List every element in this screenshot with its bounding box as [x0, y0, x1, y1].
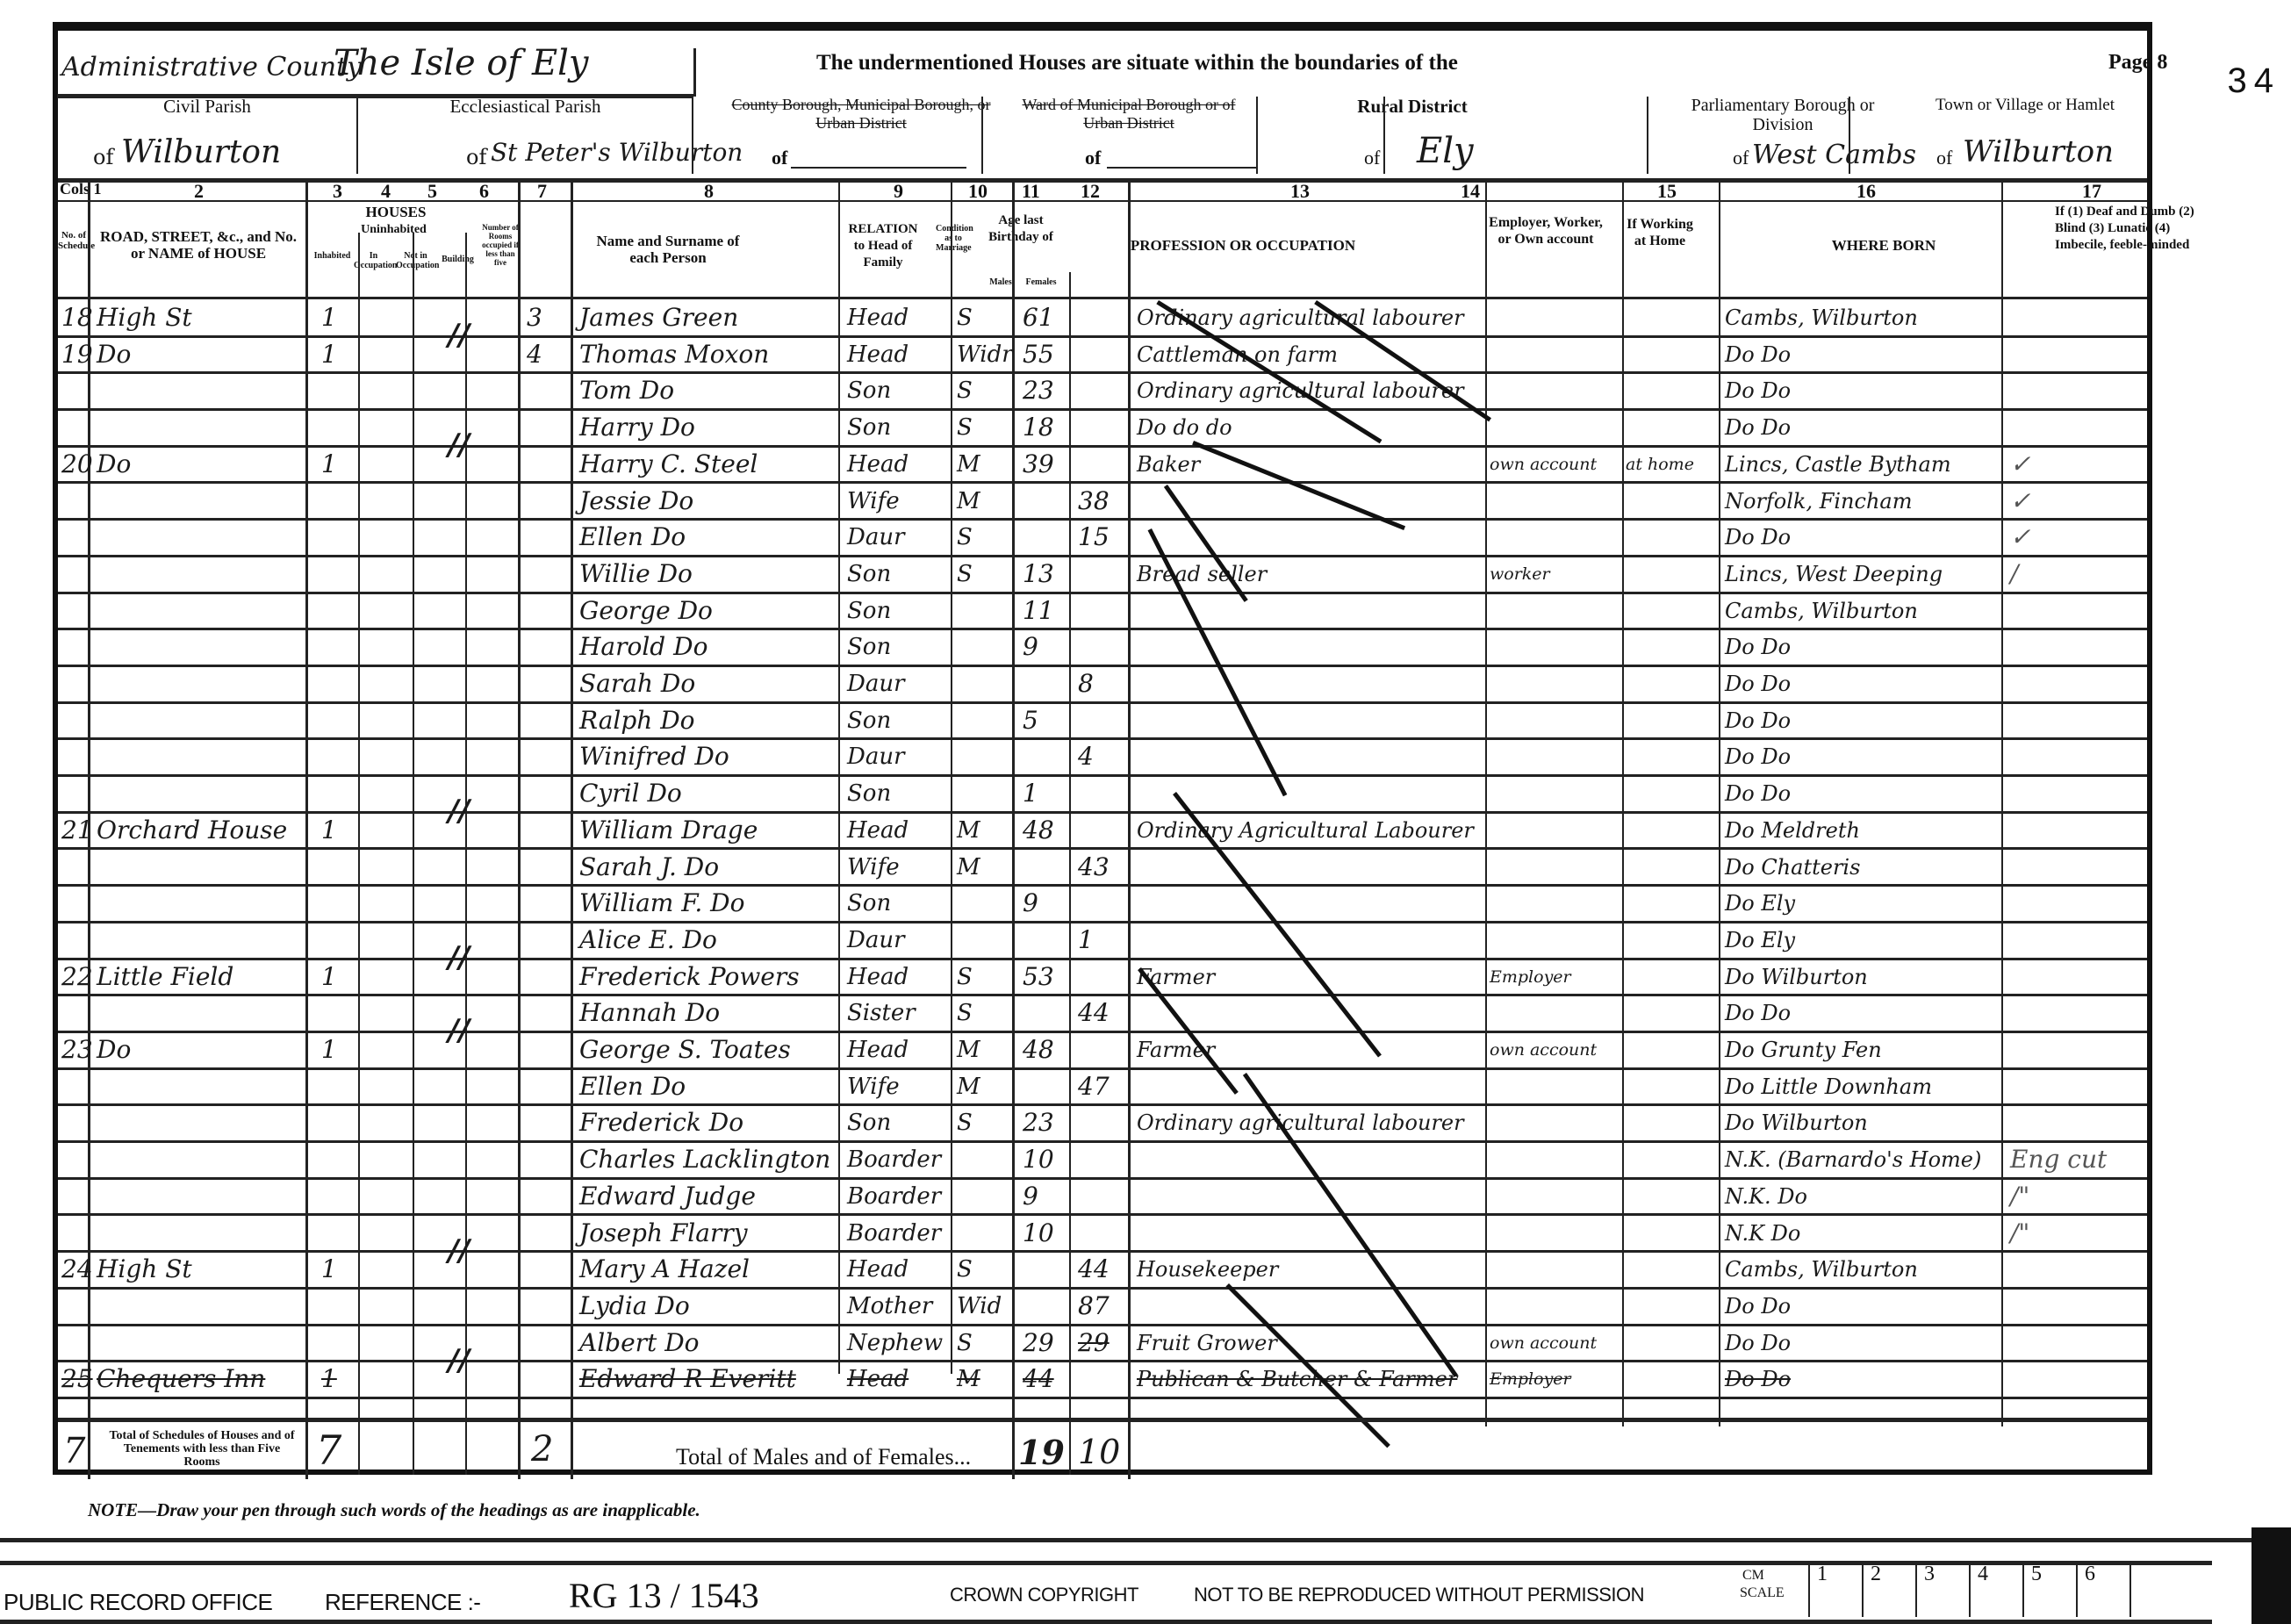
cell-male: 55: [1023, 341, 1054, 369]
cell-rel: Head: [847, 1036, 908, 1064]
cell-inh: 1: [321, 1255, 337, 1283]
table-row: Ellen DoDaurS15Do Do✓: [0, 520, 2291, 557]
table-row: 19Do14Thomas MoxonHeadWidr55Cattleman on…: [0, 337, 2291, 374]
cell-occ: Fruit Grower: [1137, 1329, 1277, 1357]
cell-cond: M: [957, 450, 980, 478]
district-label: Parliamentary Borough or Division: [1664, 96, 1901, 134]
cell-name: Jessie Do: [579, 487, 693, 515]
cell-road: Do: [97, 450, 131, 478]
cell-rooms: 3: [527, 304, 542, 332]
district-value: West Cambs: [1752, 140, 1916, 170]
table-row: Joseph FlarryBoarder10N.K Do/": [0, 1216, 2291, 1253]
table-row: Cyril DoSon1Do Do: [0, 776, 2291, 813]
cell-cond: S: [957, 963, 973, 991]
table-row: William F. DoSon9Do Ely: [0, 886, 2291, 923]
cell-rel: Son: [847, 597, 891, 625]
cell-female: 38: [1078, 487, 1110, 515]
cell-born: Do Do: [1725, 341, 1791, 369]
table-row: Charles LacklingtonBoarder10N.K. (Barnar…: [0, 1142, 2291, 1179]
cell-name: William F. Do: [579, 889, 744, 917]
table-row: Harold DoSon9Do Do: [0, 629, 2291, 666]
cell-inf: /: [2010, 560, 2018, 588]
stamp-number: 34: [2228, 61, 2281, 101]
cell-rel: Boarder: [847, 1146, 941, 1174]
cell-inf: Eng cut: [2010, 1146, 2107, 1174]
table-row: 24High St1Mary A HazelHeadS44Housekeeper…: [0, 1252, 2291, 1289]
cell-rel: Head: [847, 341, 908, 369]
footer-bar: PUBLIC RECORD OFFICE REFERENCE :- RG 13 …: [0, 1563, 2291, 1624]
cell-rel: Head: [847, 450, 908, 478]
cell-name: Joseph Flarry: [579, 1219, 748, 1247]
cell-cond: S: [957, 377, 973, 405]
table-row: Frederick DoSonS23Ordinary agricultural …: [0, 1105, 2291, 1142]
cm-scale: 123456: [1808, 1563, 2183, 1617]
cell-name: Edward Judge: [579, 1182, 756, 1211]
cell-rel: Daur: [847, 926, 905, 954]
column-headers: No. of Schedule ROAD, STREET, &c., and N…: [58, 202, 2147, 290]
total-label: Total of Males and of Females...: [676, 1444, 971, 1470]
cell-rel: Son: [847, 413, 891, 442]
table-row: Sarah J. DoWifeM43Do Chatteris: [0, 850, 2291, 887]
cell-cond: S: [957, 560, 973, 588]
cell-name: Willie Do: [579, 560, 693, 588]
footer-copyright: CROWN COPYRIGHT: [950, 1584, 1138, 1606]
scale-cell: 5: [2022, 1563, 2076, 1617]
cell-inh: 1: [321, 1365, 337, 1393]
cell-occ: Bread seller: [1137, 560, 1267, 588]
header-infirmity: If (1) Deaf and Dumb (2) Blind (3) Lunat…: [2055, 204, 2204, 254]
cell-name: Tom Do: [579, 377, 674, 405]
page-number: Page 8: [2108, 51, 2167, 75]
cell-cond: M: [957, 853, 980, 881]
header-females: Females: [1022, 274, 1060, 291]
cell-name: Ellen Do: [579, 1073, 686, 1101]
cell-rel: Boarder: [847, 1219, 941, 1247]
cell-name: Cyril Do: [579, 780, 682, 808]
cell-born: Do Do: [1725, 1292, 1791, 1320]
cell-rel: Head: [847, 1255, 908, 1283]
cell-road: Little Field: [97, 963, 233, 991]
district-prefix: of: [1733, 147, 1749, 169]
district-prefix: of: [1364, 147, 1380, 169]
cell-male: 9: [1023, 1182, 1038, 1211]
cell-sched: 18: [61, 304, 86, 332]
census-rows: 18High St13James GreenHeadS61Ordinary ag…: [0, 300, 2291, 1415]
cell-born: Do Ely: [1725, 889, 1795, 917]
cell-sched: 21: [61, 816, 86, 844]
header-schedule: No. of Schedule: [58, 230, 90, 251]
top-title: The undermentioned Houses are situate wi…: [816, 51, 1458, 75]
scale-cell: [2129, 1563, 2183, 1617]
column-numbers: Cols 1 2 3 4 5 6 7 8 9 10 11 12 13 14 15…: [58, 180, 2147, 199]
cell-rooms: 4: [527, 341, 542, 369]
cell-name: William Drage: [579, 816, 758, 844]
cell-rel: Mother: [847, 1292, 932, 1320]
table-row: Edward JudgeBoarder9N.K. Do/": [0, 1179, 2291, 1216]
cell-male: 23: [1023, 1109, 1054, 1137]
cell-born: Do Meldreth: [1725, 816, 1860, 844]
cell-rel: Head: [847, 304, 908, 332]
table-row: 20Do1Harry C. SteelHeadM39Bakerown accou…: [0, 447, 2291, 484]
cell-rel: Son: [847, 780, 891, 808]
cell-rel: Daur: [847, 743, 905, 771]
cell-name: James Green: [579, 304, 738, 332]
district-row: Civil Parish of Wilburton Ecclesiastical…: [58, 92, 2147, 178]
cell-name: George S. Toates: [579, 1036, 791, 1064]
cell-sched: 24: [61, 1255, 86, 1283]
table-row: Winifred DoDaur4Do Do: [0, 739, 2291, 776]
district-prefix: of: [772, 147, 787, 169]
cell-inh: 1: [321, 816, 337, 844]
cell-inf: ✓: [2010, 487, 2030, 515]
header-not-in-occupation: Not in Occupation: [396, 251, 435, 270]
cell-cond: M: [957, 816, 980, 844]
cell-male: 61: [1023, 304, 1054, 332]
table-row: Tom DoSonS23Ordinary agricultural labour…: [0, 373, 2291, 410]
cell-female: 4: [1078, 743, 1094, 771]
cell-name: Albert Do: [579, 1329, 700, 1357]
cell-born: Do Grunty Fen: [1725, 1036, 1882, 1064]
household-separator-mark: //: [448, 1013, 470, 1048]
cell-name: Lydia Do: [579, 1292, 690, 1320]
cell-born: Do Wilburton: [1725, 963, 1868, 991]
cell-road: Orchard House: [97, 816, 287, 844]
cell-cond: S: [957, 1109, 973, 1137]
cell-born: Do Do: [1725, 780, 1791, 808]
district-ward: Ward of Municipal Borough or of Urban Di…: [984, 92, 1274, 178]
table-row: Harry DoSonS18Do do doDo Do: [0, 410, 2291, 447]
cell-born: Cambs, Wilburton: [1725, 597, 1918, 625]
cell-born: Do Do: [1725, 377, 1791, 405]
cell-rel: Son: [847, 377, 891, 405]
cell-sched: 22: [61, 963, 86, 991]
cell-born: Do Do: [1725, 707, 1791, 735]
cell-born: Do Do: [1725, 743, 1791, 771]
district-label: Ecclesiastical Parish: [361, 96, 690, 118]
cell-cond: M: [957, 487, 980, 515]
cell-born: Do Wilburton: [1725, 1109, 1868, 1137]
scale-cell: 3: [1915, 1563, 1969, 1617]
cell-rel: Wife: [847, 487, 900, 515]
header-employer: Employer, Worker, or Own account: [1489, 214, 1603, 248]
cell-sched: 20: [61, 450, 86, 478]
cell-road: High St: [97, 1255, 192, 1283]
cell-rel: Boarder: [847, 1182, 941, 1211]
cell-name: Frederick Do: [579, 1109, 743, 1137]
cell-male: 9: [1023, 889, 1038, 917]
cell-name: Alice E. Do: [579, 926, 717, 954]
cell-born: Do Do: [1725, 1329, 1791, 1357]
district-prefix: of: [1936, 147, 1952, 169]
cell-female: 44: [1078, 999, 1110, 1027]
scale-label-cm: CM: [1742, 1568, 1764, 1584]
household-separator-mark: //: [448, 428, 470, 463]
cell-male: 18: [1023, 413, 1054, 442]
table-row: George DoSon11Cambs, Wilburton: [0, 593, 2291, 630]
district-rural: Rural District of Ely: [1259, 92, 1566, 178]
district-parliamentary: Parliamentary Borough or Division of Wes…: [1629, 92, 1936, 178]
table-row: 23Do1George S. ToatesHeadM48Farmerown ac…: [0, 1032, 2291, 1069]
cell-road: Do: [97, 341, 131, 369]
header-condition: Condition as to Marriage: [936, 224, 971, 253]
header-age: Age last Birthday of: [981, 212, 1060, 246]
cell-born: N.K Do: [1725, 1219, 1800, 1247]
cell-born: Do Ely: [1725, 926, 1795, 954]
cell-name: Harry Do: [579, 413, 695, 442]
cell-inf: /": [2010, 1219, 2029, 1247]
cell-road: Chequers Inn: [97, 1365, 265, 1393]
cell-emp: own account: [1490, 1329, 1597, 1357]
district-value: Ely: [1417, 131, 1474, 171]
cell-born: Lincs, West Deeping: [1725, 560, 1943, 588]
cell-road: High St: [97, 304, 192, 332]
cell-emp: worker: [1490, 560, 1550, 588]
cell-emp: own account: [1490, 450, 1597, 478]
table-row: Ralph DoSon5Do Do: [0, 703, 2291, 740]
cell-born: Do Do: [1725, 1365, 1791, 1393]
cell-male: 48: [1023, 816, 1054, 844]
cell-born: Cambs, Wilburton: [1725, 1255, 1918, 1283]
cell-rel: Sister: [847, 999, 916, 1027]
cell-born: Cambs, Wilburton: [1725, 304, 1918, 332]
header-building: Building: [438, 255, 478, 264]
household-separator-mark: //: [448, 1233, 470, 1268]
scale-cell: 1: [1808, 1563, 1862, 1617]
header-rooms: Number of Rooms occupied if less than fi…: [481, 223, 520, 267]
cell-home: at home: [1626, 450, 1694, 478]
cell-name: Charles Lacklington: [579, 1146, 830, 1174]
cell-male: 23: [1023, 377, 1054, 405]
form-note: NOTE—Draw your pen through such words of…: [88, 1499, 700, 1521]
cell-occ: Baker: [1137, 450, 1200, 478]
cell-rel: Son: [847, 889, 891, 917]
total-females: 10: [1078, 1433, 1120, 1471]
cell-born: Do Do: [1725, 670, 1791, 698]
district-label: Civil Parish: [58, 96, 356, 118]
cell-name: Mary A Hazel: [579, 1255, 750, 1283]
district-town-village-inner: Town or Village or Hamlet of Wilburton: [1901, 92, 2149, 178]
district-prefix: of: [466, 145, 486, 169]
table-row: 25Chequers Inn1Edward R EverittHeadM44Pu…: [0, 1362, 2291, 1398]
cell-born: Norfolk, Fincham: [1725, 487, 1912, 515]
cell-male: 5: [1023, 707, 1038, 735]
cell-female: 47: [1078, 1073, 1110, 1101]
cell-rel: Son: [847, 1109, 891, 1137]
table-row: 18High St13James GreenHeadS61Ordinary ag…: [0, 300, 2291, 337]
cell-occ: Ordinary Agricultural Labourer: [1137, 816, 1474, 844]
cell-sched: 25: [61, 1365, 86, 1393]
cell-male: 10: [1023, 1219, 1054, 1247]
cell-cond: M: [957, 1365, 980, 1393]
table-row: 21Orchard House1William DrageHeadM48Ordi…: [0, 813, 2291, 850]
cell-emp: Employer: [1490, 1365, 1571, 1393]
table-row: Lydia DoMotherWid87Do Do: [0, 1289, 2291, 1326]
household-separator-mark: //: [448, 1343, 470, 1378]
cell-rel: Head: [847, 816, 908, 844]
cell-born: Do Do: [1725, 999, 1791, 1027]
cell-cond: S: [957, 304, 973, 332]
table-row: Sarah DoDaur8Do Do: [0, 666, 2291, 703]
cell-female: 43: [1078, 853, 1110, 881]
cell-born: Do Chatteris: [1725, 853, 1860, 881]
cell-born: Do Do: [1725, 633, 1791, 661]
cell-occ: Ordinary agricultural labourer: [1137, 1109, 1464, 1137]
cell-road: Do: [97, 1036, 131, 1064]
cell-cond: S: [957, 1255, 973, 1283]
scale-cell: 2: [1862, 1563, 1915, 1617]
scale-cell: 4: [1969, 1563, 2022, 1617]
cell-cond: Widr: [957, 341, 1009, 369]
cell-rel: Son: [847, 707, 891, 735]
cell-cond: Wid: [957, 1292, 1002, 1320]
total-males: 19: [1018, 1433, 1065, 1472]
cell-male: 44: [1023, 1365, 1054, 1393]
cell-female: 29: [1078, 1329, 1110, 1357]
cell-sched: 19: [61, 341, 86, 369]
cell-name: Winifred Do: [579, 743, 729, 771]
scan-edge: [2251, 1527, 2291, 1624]
cell-inh: 1: [321, 1036, 337, 1064]
cell-born: Do Do: [1725, 413, 1791, 442]
header-home: If Working at Home: [1625, 216, 1695, 249]
cell-rel: Wife: [847, 853, 900, 881]
cell-male: 53: [1023, 963, 1054, 991]
cell-name: Ellen Do: [579, 523, 686, 551]
district-prefix: of: [93, 145, 113, 169]
cell-male: 48: [1023, 1036, 1054, 1064]
cell-name: Edward R Everitt: [579, 1365, 796, 1393]
cell-name: Frederick Powers: [579, 963, 800, 991]
household-separator-mark: //: [448, 940, 470, 975]
cell-inh: 1: [321, 963, 337, 991]
cell-male: 39: [1023, 450, 1054, 478]
cell-occ: Publican & Butcher & Farmer: [1137, 1365, 1457, 1393]
cell-name: Ralph Do: [579, 707, 695, 735]
cell-occ: Do do do: [1137, 413, 1232, 442]
cell-born: N.K. Do: [1725, 1182, 1807, 1211]
district-label: County Borough, Municipal Borough, or Ur…: [729, 96, 993, 133]
total-schedules-label: Total of Schedules of Houses and of Tene…: [105, 1429, 298, 1469]
cell-male: 1: [1023, 780, 1038, 808]
total-inhabited: 7: [316, 1426, 341, 1474]
header-occupation: PROFESSION OR OCCUPATION: [1111, 237, 1375, 254]
cell-male: 29: [1023, 1329, 1054, 1357]
header-born: WHERE BORN: [1778, 237, 1989, 254]
cell-rel: Son: [847, 560, 891, 588]
household-separator-mark: //: [448, 794, 470, 829]
cell-female: 8: [1078, 670, 1094, 698]
footer-reference-label: REFERENCE :-: [325, 1589, 480, 1616]
header-inhabited: Inhabited: [312, 251, 352, 261]
cell-inh: 1: [321, 304, 337, 332]
cell-female: 15: [1078, 523, 1110, 551]
table-row: Jessie DoWifeM38Norfolk, Fincham✓: [0, 484, 2291, 521]
cell-cond: S: [957, 413, 973, 442]
cell-born: Do Do: [1725, 523, 1791, 551]
header-uninhabited: Uninhabited: [352, 221, 435, 238]
footer-permission: NOT TO BE REPRODUCED WITHOUT PERMISSION: [1194, 1584, 1644, 1606]
cell-female: 44: [1078, 1255, 1110, 1283]
administrative-county: Administrative County The Isle of Ely: [61, 48, 696, 97]
header-name: Name and Surname of each Person: [585, 233, 751, 266]
district-county-borough: County Borough, Municipal Borough, or Ur…: [694, 92, 1028, 178]
table-row: Hannah DoSisterS44Do Do: [0, 995, 2291, 1032]
cell-rel: Nephew: [847, 1329, 943, 1357]
district-civil-parish: Civil Parish of Wilburton: [58, 92, 356, 178]
scale-label-scale: SCALE: [1740, 1585, 1785, 1601]
cell-name: Harold Do: [579, 633, 707, 661]
cell-inf: ✓: [2010, 450, 2030, 478]
cell-inh: 1: [321, 341, 337, 369]
header-relation: RELATION to Head of Family: [844, 221, 923, 271]
cell-rel: Daur: [847, 670, 905, 698]
table-row: Albert DoNephewS2929Fruit Growerown acco…: [0, 1326, 2291, 1362]
cell-name: George Do: [579, 597, 713, 625]
district-label: Ward of Municipal Borough or of Urban Di…: [1002, 96, 1256, 133]
cell-cond: M: [957, 1073, 980, 1101]
cell-born: Lincs, Castle Bytham: [1725, 450, 1951, 478]
household-separator-mark: //: [448, 318, 470, 353]
cell-male: 10: [1023, 1146, 1054, 1174]
cell-rel: Head: [847, 963, 908, 991]
cell-occ: Housekeeper: [1137, 1255, 1278, 1283]
cell-cond: M: [957, 1036, 980, 1064]
cell-cond: S: [957, 999, 973, 1027]
cell-male: 13: [1023, 560, 1054, 588]
cell-female: 87: [1078, 1292, 1110, 1320]
page-label: Page: [2108, 51, 2151, 74]
cell-name: Harry C. Steel: [579, 450, 758, 478]
cell-male: 11: [1023, 597, 1054, 625]
cell-born: Do Little Downham: [1725, 1073, 1932, 1101]
cell-rel: Head: [847, 1365, 908, 1393]
table-row: Alice E. DoDaur1Do Ely: [0, 923, 2291, 959]
header-road: ROAD, STREET, &c., and No. or NAME of HO…: [93, 228, 304, 262]
header-houses: HOUSES: [312, 204, 479, 220]
district-value: Wilburton: [121, 134, 281, 170]
table-row: Ellen DoWifeM47Do Little Downham: [0, 1069, 2291, 1106]
cell-name: Thomas Moxon: [579, 341, 769, 369]
cell-name: Hannah Do: [579, 999, 720, 1027]
cell-rel: Wife: [847, 1073, 900, 1101]
total-rooms: 2: [531, 1429, 553, 1470]
cell-emp: Employer: [1490, 963, 1571, 991]
page-number-value: 8: [2157, 51, 2167, 74]
cell-sched: 23: [61, 1036, 86, 1064]
cell-rel: Daur: [847, 523, 905, 551]
cell-born: N.K. (Barnardo's Home): [1725, 1146, 1981, 1174]
scale-cell: 6: [2076, 1563, 2129, 1617]
cell-name: Sarah Do: [579, 670, 695, 698]
cell-male: 9: [1023, 633, 1038, 661]
administrative-county-value: The Isle of Ely: [334, 43, 589, 83]
cell-cond: S: [957, 523, 973, 551]
administrative-county-label: Administrative County: [61, 52, 362, 83]
cell-inh: 1: [321, 450, 337, 478]
cell-inf: ✓: [2010, 523, 2030, 551]
col-number: Cols 1: [60, 180, 102, 198]
cell-inf: /": [2010, 1182, 2029, 1211]
footer-reference: RG 13 / 1543: [569, 1575, 759, 1616]
district-ecclesiastical-parish: Ecclesiastical Parish of St Peter's Wilb…: [361, 92, 690, 178]
table-row: Willie DoSonS13Bread sellerworkerLincs, …: [0, 557, 2291, 593]
district-label: Town or Village or Hamlet: [1901, 96, 2149, 115]
district-value: Wilburton: [1963, 134, 2114, 169]
cell-rel: Son: [847, 633, 891, 661]
cell-emp: own account: [1490, 1036, 1597, 1064]
footer-office: PUBLIC RECORD OFFICE: [4, 1589, 272, 1616]
district-label: Rural District: [1259, 96, 1566, 118]
